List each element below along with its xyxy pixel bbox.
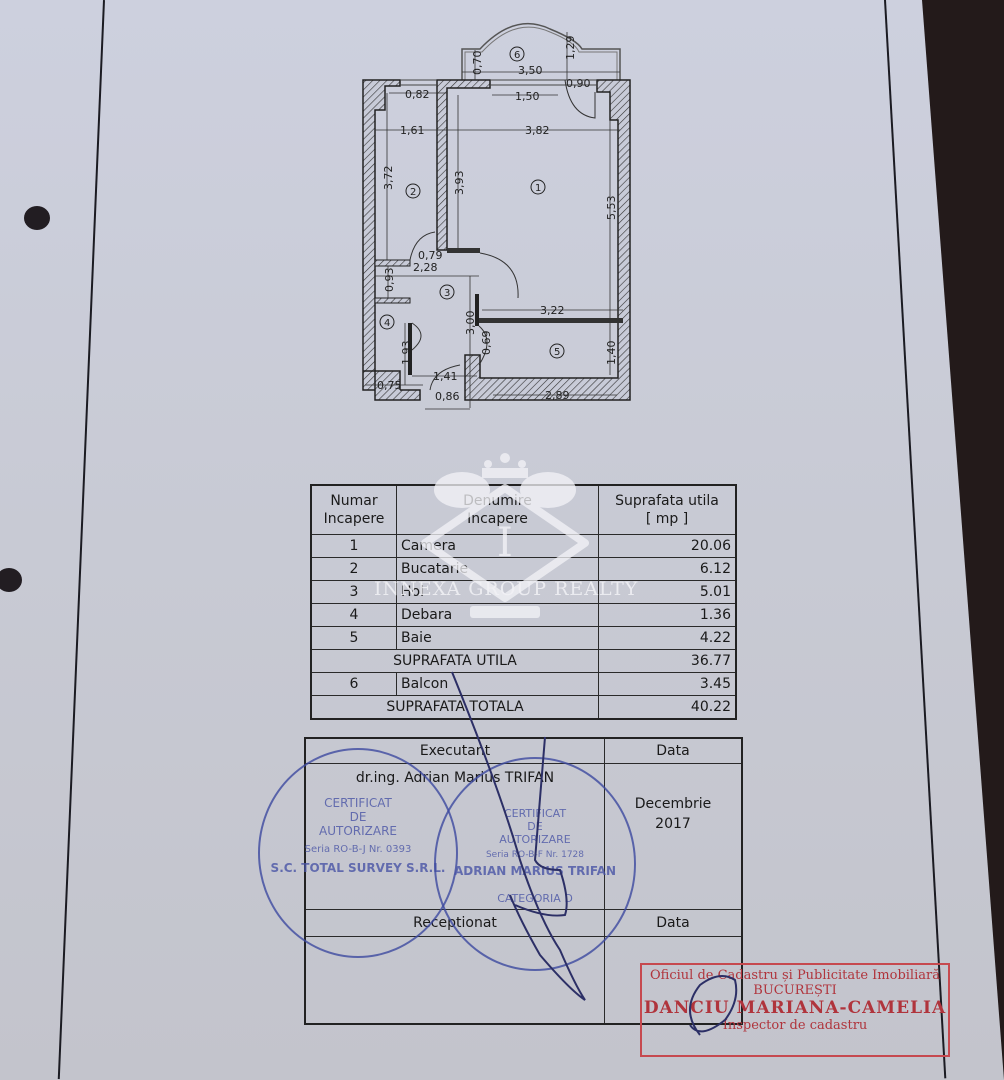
floor-plan: 3,50 1,29 0,70 0,90 1,50 0,82 1,61 3,82 … [355, 20, 655, 410]
svg-text:3,72: 3,72 [382, 166, 395, 191]
svg-text:5: 5 [554, 347, 560, 358]
watermark-logo-icon: I [370, 448, 640, 638]
svg-text:2: 2 [410, 187, 416, 198]
balcony-row: 6 Balcon 3.45 [311, 673, 736, 696]
ocpi-inspector-name: DANCIU MARIANA-CAMELIA [642, 998, 948, 1018]
useful-total-label: SUPRAFATA UTILA [311, 650, 599, 673]
svg-text:0,69: 0,69 [480, 331, 493, 356]
stamp-series: Seria RO-B-J Nr. 0393 [260, 844, 456, 855]
svg-text:1,93: 1,93 [400, 341, 413, 366]
svg-text:0,90: 0,90 [566, 77, 591, 90]
stamp-series: Seria RO-B-F Nr. 1728 [436, 850, 634, 860]
data-label-2: Data [605, 910, 743, 937]
punch-hole-top [24, 206, 50, 230]
svg-text:2,89: 2,89 [545, 389, 570, 402]
stamp-company-name: S.C. TOTAL SURVEY S.R.L. [260, 861, 456, 875]
svg-text:5,53: 5,53 [605, 196, 618, 221]
stamp-text: AUTORIZARE [260, 824, 456, 838]
svg-text:6: 6 [514, 50, 520, 61]
data-label: Data [605, 738, 743, 764]
stamp-person-name: ADRIAN MARIUS TRIFAN [436, 864, 634, 878]
svg-text:3,00: 3,00 [464, 311, 477, 336]
stamp-text: DE [260, 810, 456, 824]
grand-total-label: SUPRAFATA TOTALA [311, 696, 599, 720]
svg-text:1,41: 1,41 [433, 370, 458, 383]
ocpi-stamp: Oficiul de Cadastru și Publicitate Imobi… [640, 963, 950, 1057]
ocpi-office: Oficiul de Cadastru și Publicitate Imobi… [642, 968, 948, 983]
svg-text:1,50: 1,50 [515, 90, 540, 103]
svg-text:0,75: 0,75 [377, 379, 402, 392]
svg-text:1,40: 1,40 [605, 341, 618, 366]
grand-total-row: SUPRAFATA TOTALA 40.22 [311, 696, 736, 720]
svg-text:1: 1 [535, 183, 541, 194]
stamp-category: CATEGORIA D [436, 892, 634, 905]
grand-total-area: 40.22 [599, 696, 737, 720]
svg-text:3,50: 3,50 [518, 64, 543, 77]
svg-text:1,29: 1,29 [564, 36, 577, 61]
svg-text:I: I [497, 520, 513, 566]
svg-text:2,28: 2,28 [413, 261, 438, 274]
useful-total-row: SUPRAFATA UTILA 36.77 [311, 650, 736, 673]
svg-text:0,86: 0,86 [435, 390, 460, 403]
stamp-text: CERTIFICAT [260, 796, 456, 810]
svg-text:3,93: 3,93 [453, 171, 466, 196]
svg-text:4: 4 [384, 318, 390, 329]
svg-text:1,61: 1,61 [400, 124, 425, 137]
room-number: 6 [311, 673, 397, 696]
watermark-text: INNEXA GROUP REALTY [374, 578, 638, 600]
svg-text:3,22: 3,22 [540, 304, 565, 317]
useful-total-area: 36.77 [599, 650, 737, 673]
personal-stamp: CERTIFICAT DE AUTORIZARE Seria RO-B-F Nr… [434, 757, 636, 971]
svg-text:3,82: 3,82 [525, 124, 550, 137]
svg-text:0,70: 0,70 [471, 51, 484, 76]
room-area: 3.45 [599, 673, 737, 696]
stamp-text: AUTORIZARE [436, 833, 634, 846]
ocpi-city: BUCUREȘTI [642, 983, 948, 998]
stamp-text: CERTIFICAT [436, 807, 634, 820]
company-stamp: CERTIFICAT DE AUTORIZARE Seria RO-B-J Nr… [258, 748, 458, 958]
room-name: Balcon [397, 673, 599, 696]
ocpi-inspector-title: Inspector de cadastru [642, 1018, 948, 1033]
svg-text:0,93: 0,93 [383, 268, 396, 293]
svg-text:3: 3 [444, 288, 450, 299]
svg-text:0,82: 0,82 [405, 88, 430, 101]
stamp-text: DE [436, 820, 634, 833]
